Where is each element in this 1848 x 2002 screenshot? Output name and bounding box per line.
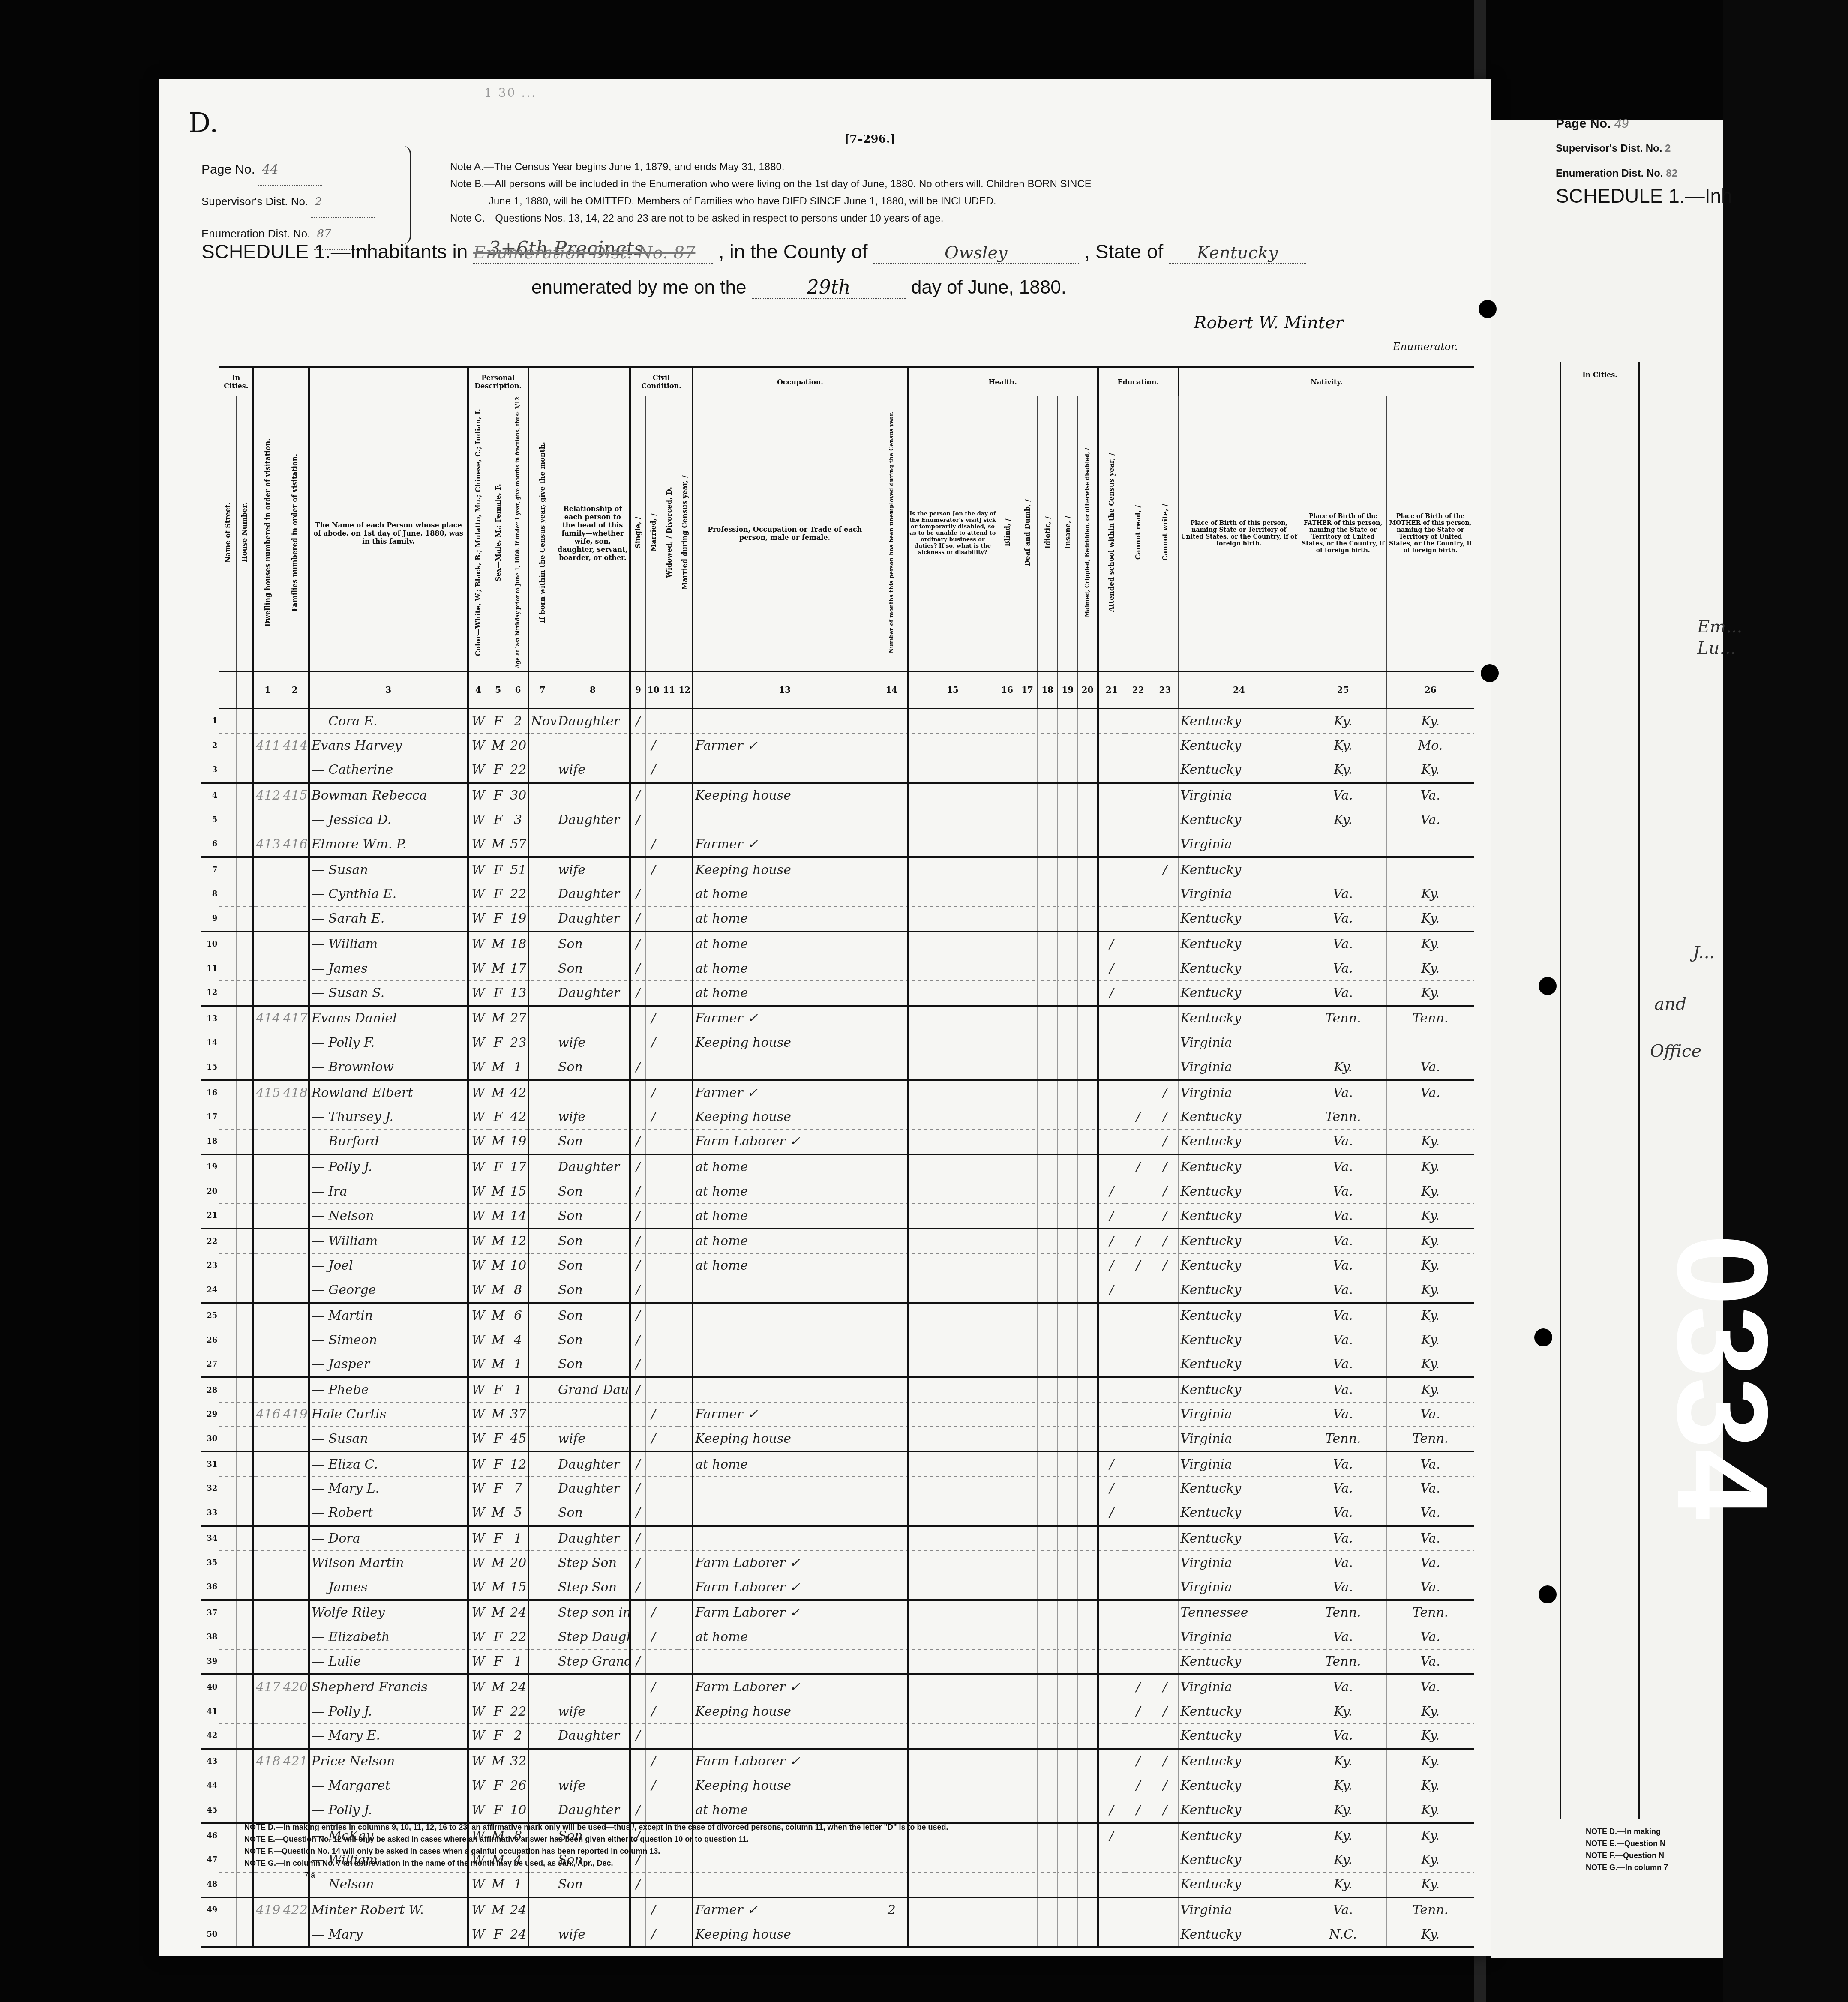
row-number: 16 bbox=[201, 1080, 219, 1105]
cannot-write-mark: / bbox=[1152, 1774, 1179, 1798]
cannot-read-mark: / bbox=[1125, 1105, 1152, 1130]
occupation-cell: Farm Laborer ✓ bbox=[693, 1575, 876, 1600]
family-number bbox=[281, 1451, 309, 1476]
street-cell bbox=[219, 1451, 237, 1476]
header-age: Age at last birthday prior to June 1, 18… bbox=[508, 396, 528, 671]
single-mark: / bbox=[630, 783, 646, 808]
birthplace-cell: Kentucky bbox=[1179, 1872, 1299, 1897]
sickness-cell bbox=[908, 1377, 997, 1402]
school-mark bbox=[1098, 1625, 1125, 1649]
table-row: 40417420Shepherd FrancisWM24/Farm Labore… bbox=[201, 1674, 1474, 1699]
cannot-read-mark: / bbox=[1125, 1154, 1152, 1179]
married-census-year-mark bbox=[677, 1501, 693, 1525]
married-census-year-mark bbox=[677, 1724, 693, 1749]
sex-cell: F bbox=[488, 1526, 508, 1551]
occupation-cell: at home bbox=[693, 1204, 876, 1229]
row-number: 31 bbox=[201, 1451, 219, 1476]
dwelling-number bbox=[253, 1922, 281, 1947]
cannot-read-mark bbox=[1125, 1649, 1152, 1674]
cannot-write-mark bbox=[1152, 832, 1179, 857]
idiotic-mark bbox=[1038, 1600, 1058, 1625]
married-mark bbox=[645, 1526, 661, 1551]
dwelling-number bbox=[253, 1154, 281, 1179]
family-number bbox=[281, 1649, 309, 1674]
father-birthplace-cell: Ky. bbox=[1299, 1749, 1387, 1774]
married-mark: / bbox=[645, 734, 661, 758]
street-cell bbox=[219, 1477, 237, 1501]
header-cannot-write: Cannot write, / bbox=[1152, 396, 1179, 671]
idiotic-mark bbox=[1038, 857, 1058, 882]
sex-cell: M bbox=[488, 1129, 508, 1154]
cannot-write-mark bbox=[1152, 1006, 1179, 1031]
months-unemployed-cell bbox=[876, 1055, 908, 1080]
birth-month-cell bbox=[528, 1402, 556, 1427]
mother-birthplace-cell: Ky. bbox=[1387, 1352, 1474, 1377]
mother-birthplace-cell: Ky. bbox=[1387, 1229, 1474, 1253]
months-unemployed-cell bbox=[876, 1477, 908, 1501]
maimed-mark bbox=[1078, 1774, 1098, 1798]
dwelling-number bbox=[253, 1699, 281, 1724]
widowed-mark bbox=[661, 1402, 677, 1427]
family-number bbox=[281, 1204, 309, 1229]
father-birthplace-cell: Ky. bbox=[1299, 1055, 1387, 1080]
street-cell bbox=[219, 882, 237, 906]
person-name: — Eliza C. bbox=[309, 1451, 468, 1476]
maimed-mark bbox=[1078, 1352, 1098, 1377]
married-census-year-mark bbox=[677, 1625, 693, 1649]
occupation-cell bbox=[693, 808, 876, 832]
father-birthplace-cell: Va. bbox=[1299, 1154, 1387, 1179]
single-mark bbox=[630, 1625, 646, 1649]
insane-mark bbox=[1058, 832, 1078, 857]
relationship-cell: Son bbox=[556, 1129, 630, 1154]
house-cell bbox=[236, 1922, 253, 1947]
age-cell: 10 bbox=[508, 1798, 528, 1823]
header-married-census-year: Married during Census year, / bbox=[677, 396, 693, 671]
occupation-cell: Farmer ✓ bbox=[693, 1080, 876, 1105]
married-census-year-mark bbox=[677, 1674, 693, 1699]
idiotic-mark bbox=[1038, 1551, 1058, 1575]
deaf-mark bbox=[1017, 1278, 1038, 1303]
birthplace-cell: Kentucky bbox=[1179, 1848, 1299, 1873]
dwelling-number bbox=[253, 932, 281, 956]
birthplace-cell: Kentucky bbox=[1179, 758, 1299, 782]
family-number: 419 bbox=[281, 1402, 309, 1427]
family-number bbox=[281, 857, 309, 882]
header-family: Families numbered in order of visitation… bbox=[281, 396, 309, 671]
married-census-year-mark bbox=[677, 1303, 693, 1328]
header-single: Single, / bbox=[630, 396, 646, 671]
father-birthplace-cell: Va. bbox=[1299, 1402, 1387, 1427]
table-row: 8— Cynthia E.WF22Daughter/at homeVirgini… bbox=[201, 882, 1474, 906]
insane-mark bbox=[1058, 1253, 1078, 1278]
months-unemployed-cell bbox=[876, 1674, 908, 1699]
months-unemployed-cell bbox=[876, 1352, 908, 1377]
maimed-mark bbox=[1078, 734, 1098, 758]
relationship-cell: Son bbox=[556, 1328, 630, 1352]
maimed-mark bbox=[1078, 906, 1098, 931]
family-number bbox=[281, 956, 309, 981]
adjacent-scribble-1: Em... bbox=[1697, 617, 1742, 637]
cannot-write-mark bbox=[1152, 1278, 1179, 1303]
birth-month-cell bbox=[528, 1427, 556, 1451]
street-cell bbox=[219, 1526, 237, 1551]
cannot-write-mark bbox=[1152, 758, 1179, 782]
single-mark: / bbox=[630, 1229, 646, 1253]
mother-birthplace-cell: Ky. bbox=[1387, 1922, 1474, 1947]
cannot-read-mark bbox=[1125, 758, 1152, 782]
dwelling-number bbox=[253, 1774, 281, 1798]
married-mark bbox=[645, 981, 661, 1006]
sex-cell: M bbox=[488, 832, 508, 857]
deaf-mark bbox=[1017, 1724, 1038, 1749]
married-census-year-mark bbox=[677, 1179, 693, 1204]
cannot-read-mark bbox=[1125, 1402, 1152, 1427]
idiotic-mark bbox=[1038, 1451, 1058, 1476]
blind-mark bbox=[997, 882, 1017, 906]
cannot-write-mark: / bbox=[1152, 1129, 1179, 1154]
age-cell: 14 bbox=[508, 1204, 528, 1229]
color-cell: W bbox=[468, 932, 488, 956]
person-name: Evans Daniel bbox=[309, 1006, 468, 1031]
single-mark: / bbox=[630, 1328, 646, 1352]
sex-cell: M bbox=[488, 1278, 508, 1303]
cannot-read-mark bbox=[1125, 906, 1152, 931]
father-birthplace-cell: Va. bbox=[1299, 882, 1387, 906]
cannot-write-mark bbox=[1152, 1477, 1179, 1501]
birthplace-cell: Kentucky bbox=[1179, 709, 1299, 734]
age-cell: 1 bbox=[508, 1649, 528, 1674]
row-number: 32 bbox=[201, 1477, 219, 1501]
single-mark bbox=[630, 1080, 646, 1105]
widowed-mark bbox=[661, 808, 677, 832]
maimed-mark bbox=[1078, 1328, 1098, 1352]
school-mark: / bbox=[1098, 1823, 1125, 1848]
school-mark bbox=[1098, 857, 1125, 882]
dwelling-number bbox=[253, 1551, 281, 1575]
cannot-read-mark bbox=[1125, 1080, 1152, 1105]
house-cell bbox=[236, 1179, 253, 1204]
birth-month-cell bbox=[528, 1600, 556, 1625]
blind-mark bbox=[997, 1699, 1017, 1724]
sickness-cell bbox=[908, 1625, 997, 1649]
sickness-cell bbox=[908, 956, 997, 981]
relationship-cell: Son bbox=[556, 1253, 630, 1278]
header-idiotic: Idiotic, / bbox=[1038, 396, 1058, 671]
sex-cell: F bbox=[488, 808, 508, 832]
adjacent-scribble-2: Lu... bbox=[1697, 638, 1736, 658]
birth-month-cell bbox=[528, 1575, 556, 1600]
dwelling-number: 416 bbox=[253, 1402, 281, 1427]
cannot-write-mark bbox=[1152, 1451, 1179, 1476]
occupation-cell: at home bbox=[693, 882, 876, 906]
mother-birthplace-cell bbox=[1387, 1031, 1474, 1055]
sickness-cell bbox=[908, 1922, 997, 1947]
occupation-cell bbox=[693, 1352, 876, 1377]
months-unemployed-cell bbox=[876, 1006, 908, 1031]
table-row: 45— Polly J.WF10Daughter/at home///Kentu… bbox=[201, 1798, 1474, 1823]
person-name: — Susan bbox=[309, 1427, 468, 1451]
adjacent-scribble-and: and bbox=[1654, 994, 1686, 1014]
insane-mark bbox=[1058, 1427, 1078, 1451]
idiotic-mark bbox=[1038, 1278, 1058, 1303]
sex-cell: M bbox=[488, 1600, 508, 1625]
cannot-write-mark: / bbox=[1152, 1204, 1179, 1229]
color-cell: W bbox=[468, 1352, 488, 1377]
married-census-year-mark bbox=[677, 1897, 693, 1922]
months-unemployed-cell bbox=[876, 882, 908, 906]
age-cell: 15 bbox=[508, 1179, 528, 1204]
birth-month-cell bbox=[528, 1897, 556, 1922]
occupation-cell: Farmer ✓ bbox=[693, 1897, 876, 1922]
widowed-mark bbox=[661, 1352, 677, 1377]
father-birthplace-cell: Va. bbox=[1299, 1377, 1387, 1402]
table-row: 17— Thursey J.WF42wife/Keeping house//Ke… bbox=[201, 1105, 1474, 1130]
street-cell bbox=[219, 1055, 237, 1080]
table-row: 21— NelsonWM14Son/at home//KentuckyVa.Ky… bbox=[201, 1204, 1474, 1229]
person-name: — Thursey J. bbox=[309, 1105, 468, 1130]
mother-birthplace-cell: Va. bbox=[1387, 1477, 1474, 1501]
person-name: — Cynthia E. bbox=[309, 882, 468, 906]
idiotic-mark bbox=[1038, 1080, 1058, 1105]
cannot-read-mark bbox=[1125, 1129, 1152, 1154]
row-number: 42 bbox=[201, 1724, 219, 1749]
sickness-cell bbox=[908, 1649, 997, 1674]
single-mark: / bbox=[630, 1179, 646, 1204]
family-number bbox=[281, 808, 309, 832]
birthplace-cell: Kentucky bbox=[1179, 1278, 1299, 1303]
relationship-cell: Daughter bbox=[556, 1451, 630, 1476]
blind-mark bbox=[997, 1897, 1017, 1922]
cannot-read-mark bbox=[1125, 832, 1152, 857]
married-census-year-mark bbox=[677, 1006, 693, 1031]
sickness-cell bbox=[908, 1402, 997, 1427]
group-health: Health. bbox=[908, 367, 1098, 396]
birth-month-cell bbox=[528, 832, 556, 857]
blind-mark bbox=[997, 956, 1017, 981]
months-unemployed-cell bbox=[876, 906, 908, 931]
birth-month-cell bbox=[528, 1451, 556, 1476]
single-mark: / bbox=[630, 1551, 646, 1575]
deaf-mark bbox=[1017, 783, 1038, 808]
age-cell: 42 bbox=[508, 1105, 528, 1130]
faint-stamp: 1 30 ... bbox=[484, 86, 537, 100]
school-mark bbox=[1098, 1377, 1125, 1402]
color-cell: W bbox=[468, 1798, 488, 1823]
house-cell bbox=[236, 1526, 253, 1551]
single-mark: / bbox=[630, 808, 646, 832]
family-number: 418 bbox=[281, 1080, 309, 1105]
single-mark bbox=[630, 734, 646, 758]
cannot-write-mark bbox=[1152, 1377, 1179, 1402]
person-name: — Ira bbox=[309, 1179, 468, 1204]
enumeration-date-line: enumerated by me on the 29th day of June… bbox=[531, 276, 1066, 299]
sex-cell: M bbox=[488, 1006, 508, 1031]
mother-birthplace-cell: Ky. bbox=[1387, 956, 1474, 981]
cannot-write-mark bbox=[1152, 808, 1179, 832]
insane-mark bbox=[1058, 1551, 1078, 1575]
row-number: 6 bbox=[201, 832, 219, 857]
maimed-mark bbox=[1078, 1451, 1098, 1476]
months-unemployed-cell bbox=[876, 1451, 908, 1476]
page-no-value: 44 bbox=[258, 154, 322, 186]
deaf-mark bbox=[1017, 1031, 1038, 1055]
family-number bbox=[281, 1798, 309, 1823]
relationship-cell: Daughter bbox=[556, 981, 630, 1006]
deaf-mark bbox=[1017, 1303, 1038, 1328]
idiotic-mark bbox=[1038, 1253, 1058, 1278]
sickness-cell bbox=[908, 1006, 997, 1031]
idiotic-mark bbox=[1038, 1179, 1058, 1204]
dwelling-number bbox=[253, 1229, 281, 1253]
mother-birthplace-cell bbox=[1387, 1105, 1474, 1130]
birth-month-cell bbox=[528, 1129, 556, 1154]
cannot-write-mark bbox=[1152, 1922, 1179, 1947]
enumeration-label: Enumeration Dist. No. bbox=[201, 227, 310, 240]
sickness-cell bbox=[908, 758, 997, 782]
census-table: In Cities. Personal Description. Civil C… bbox=[201, 366, 1474, 1948]
row-number: 49 bbox=[201, 1897, 219, 1922]
married-census-year-mark bbox=[677, 783, 693, 808]
married-census-year-mark bbox=[677, 1229, 693, 1253]
sickness-cell bbox=[908, 1352, 997, 1377]
married-mark bbox=[645, 956, 661, 981]
family-number bbox=[281, 1427, 309, 1451]
married-mark bbox=[645, 1798, 661, 1823]
relationship-cell: Daughter bbox=[556, 882, 630, 906]
insane-mark bbox=[1058, 1749, 1078, 1774]
street-cell bbox=[219, 734, 237, 758]
row-number: 19 bbox=[201, 1154, 219, 1179]
dwelling-number: 418 bbox=[253, 1749, 281, 1774]
birth-month-cell bbox=[528, 1649, 556, 1674]
group-education: Education. bbox=[1098, 367, 1179, 396]
dwelling-number: 419 bbox=[253, 1897, 281, 1922]
instruction-notes: Note A.—The Census Year begins June 1, 1… bbox=[450, 159, 1092, 227]
widowed-mark bbox=[661, 1749, 677, 1774]
single-mark: / bbox=[630, 1253, 646, 1278]
insane-mark bbox=[1058, 1179, 1078, 1204]
cannot-write-mark bbox=[1152, 734, 1179, 758]
house-cell bbox=[236, 1674, 253, 1699]
deaf-mark bbox=[1017, 1105, 1038, 1130]
months-unemployed-cell bbox=[876, 1377, 908, 1402]
cannot-write-mark bbox=[1152, 956, 1179, 981]
single-mark: / bbox=[630, 1303, 646, 1328]
deaf-mark bbox=[1017, 1055, 1038, 1080]
table-row: 41— Polly J.WF22wife/Keeping house//Kent… bbox=[201, 1699, 1474, 1724]
corner-letter: D. bbox=[189, 107, 218, 139]
deaf-mark bbox=[1017, 1699, 1038, 1724]
age-cell: 17 bbox=[508, 1154, 528, 1179]
widowed-mark bbox=[661, 981, 677, 1006]
person-name: Wolfe Riley bbox=[309, 1600, 468, 1625]
relationship-cell bbox=[556, 1897, 630, 1922]
blind-mark bbox=[997, 1229, 1017, 1253]
color-cell: W bbox=[468, 1551, 488, 1575]
insane-mark bbox=[1058, 1625, 1078, 1649]
table-row: 44— MargaretWF26wife/Keeping house//Kent… bbox=[201, 1774, 1474, 1798]
idiotic-mark bbox=[1038, 1055, 1058, 1080]
birth-month-cell bbox=[528, 1080, 556, 1105]
street-cell bbox=[219, 857, 237, 882]
sex-cell: F bbox=[488, 981, 508, 1006]
married-census-year-mark bbox=[677, 1798, 693, 1823]
widowed-mark bbox=[661, 1501, 677, 1525]
widowed-mark bbox=[661, 832, 677, 857]
idiotic-mark bbox=[1038, 1006, 1058, 1031]
married-census-year-mark bbox=[677, 1352, 693, 1377]
blind-mark bbox=[997, 1377, 1017, 1402]
cannot-write-mark: / bbox=[1152, 1674, 1179, 1699]
occupation-cell: Farm Laborer ✓ bbox=[693, 1749, 876, 1774]
street-cell bbox=[219, 1080, 237, 1105]
family-number bbox=[281, 1055, 309, 1080]
occupation-cell bbox=[693, 1501, 876, 1525]
months-unemployed-cell bbox=[876, 1154, 908, 1179]
months-unemployed-cell bbox=[876, 1575, 908, 1600]
occupation-cell: Farmer ✓ bbox=[693, 734, 876, 758]
cannot-write-mark bbox=[1152, 932, 1179, 956]
street-cell bbox=[219, 1674, 237, 1699]
color-cell: W bbox=[468, 1749, 488, 1774]
family-number bbox=[281, 1724, 309, 1749]
person-name: — Polly J. bbox=[309, 1798, 468, 1823]
mother-birthplace-cell: Va. bbox=[1387, 1551, 1474, 1575]
row-number: 17 bbox=[201, 1105, 219, 1130]
mother-birthplace-cell: Va. bbox=[1387, 1575, 1474, 1600]
months-unemployed-cell bbox=[876, 1402, 908, 1427]
sex-cell: F bbox=[488, 1724, 508, 1749]
family-number: 421 bbox=[281, 1749, 309, 1774]
house-cell bbox=[236, 882, 253, 906]
dwelling-number bbox=[253, 857, 281, 882]
printer-mark: 7 a bbox=[244, 1869, 948, 1881]
maimed-mark bbox=[1078, 1897, 1098, 1922]
married-mark bbox=[645, 808, 661, 832]
house-cell bbox=[236, 1897, 253, 1922]
occupation-cell bbox=[693, 1477, 876, 1501]
table-row: 1— Cora E.WF2NovDaughter/KentuckyKy.Ky. bbox=[201, 709, 1474, 734]
sickness-cell bbox=[908, 857, 997, 882]
deaf-mark bbox=[1017, 1897, 1038, 1922]
note-b1: Note B.—All persons will be included in … bbox=[450, 176, 1092, 193]
cannot-read-mark bbox=[1125, 1848, 1152, 1873]
birthplace-cell: Virginia bbox=[1179, 1551, 1299, 1575]
sickness-cell bbox=[908, 1699, 997, 1724]
single-mark: / bbox=[630, 1129, 646, 1154]
father-birthplace-cell: Ky. bbox=[1299, 709, 1387, 734]
family-number: 416 bbox=[281, 832, 309, 857]
blind-mark bbox=[997, 1278, 1017, 1303]
street-cell bbox=[219, 1501, 237, 1525]
mother-birthplace-cell: Ky. bbox=[1387, 1328, 1474, 1352]
months-unemployed-cell bbox=[876, 857, 908, 882]
family-number bbox=[281, 1352, 309, 1377]
cannot-write-mark: / bbox=[1152, 1699, 1179, 1724]
birth-month-cell bbox=[528, 1477, 556, 1501]
blind-mark bbox=[997, 734, 1017, 758]
mother-birthplace-cell: Ky. bbox=[1387, 932, 1474, 956]
row-number: 47 bbox=[201, 1848, 219, 1873]
insane-mark bbox=[1058, 1724, 1078, 1749]
maimed-mark bbox=[1078, 1922, 1098, 1947]
sickness-cell bbox=[908, 1253, 997, 1278]
birth-month-cell bbox=[528, 1204, 556, 1229]
state-label: , State of bbox=[1084, 240, 1163, 263]
relationship-cell bbox=[556, 832, 630, 857]
married-mark bbox=[645, 1204, 661, 1229]
